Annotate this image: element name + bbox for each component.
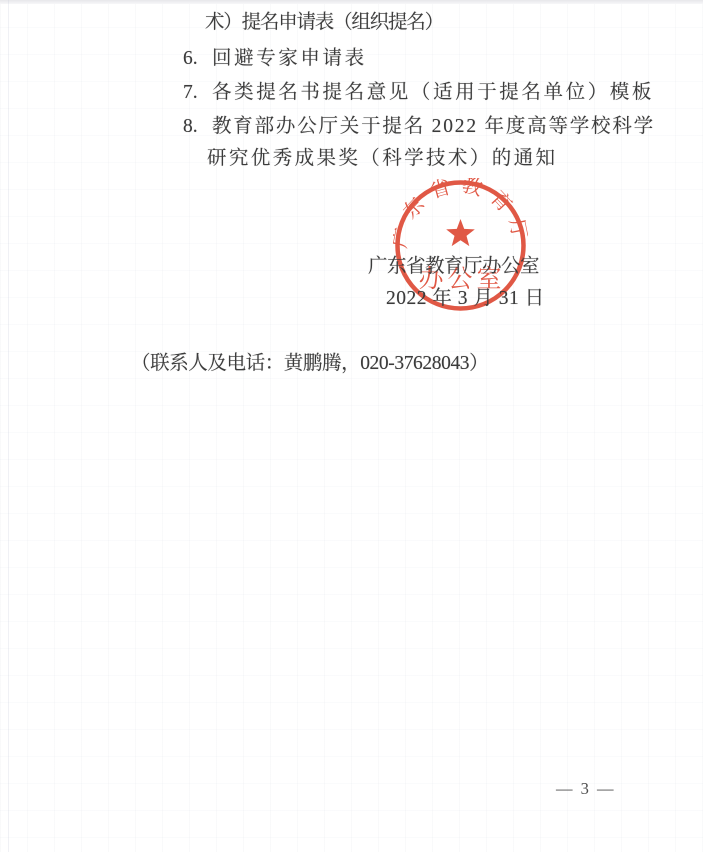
scan-left-edge-line	[8, 0, 9, 852]
list-item-number: 7.	[183, 81, 212, 105]
list-item-7: 7. 各类提名书提名意见（适用于提名单位）模板	[183, 81, 654, 105]
list-item-8: 8. 教育部办公厅关于提名 2022 年度高等学校科学	[183, 115, 655, 139]
list-item-6: 6. 回避专家申请表	[183, 47, 367, 71]
signature-organization: 广东省教育厅办公室	[368, 250, 539, 278]
list-item-text: 研究优秀成果奖（科学技术）的通知	[207, 147, 557, 171]
scan-top-edge	[0, 0, 703, 4]
list-item-text: 回避专家申请表	[212, 47, 367, 71]
star-icon	[446, 219, 475, 246]
list-item-text: 各类提名书提名意见（适用于提名单位）模板	[212, 81, 654, 105]
list-item-5-continuation: 术）提名申请表（组织提名）	[205, 11, 443, 35]
contact-line: （联系人及电话：黄鹏腾，020-37628043）	[131, 347, 488, 375]
signature-date: 2022 年 3 月 31 日	[386, 282, 545, 310]
list-item-text: 术）提名申请表（组织提名）	[205, 11, 443, 35]
list-item-number: 8.	[183, 115, 212, 139]
list-item-text: 教育部办公厅关于提名 2022 年度高等学校科学	[212, 115, 655, 139]
list-item-8-continuation: 研究优秀成果奖（科学技术）的通知	[207, 147, 557, 171]
list-item-number: 6.	[183, 47, 212, 71]
document-page: 术）提名申请表（组织提名） 6. 回避专家申请表 7. 各类提名书提名意见（适用…	[0, 0, 703, 852]
page-number: — 3 —	[556, 779, 616, 799]
